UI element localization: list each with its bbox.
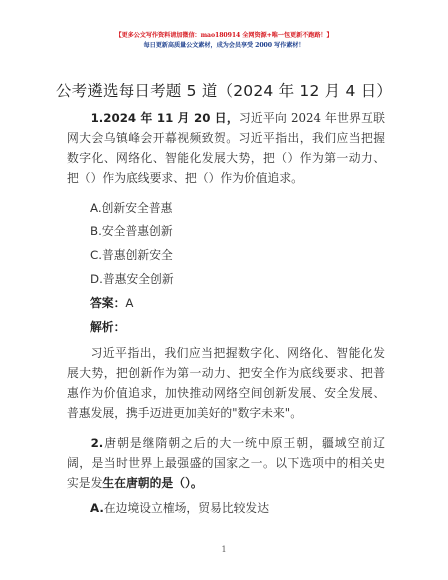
promo-banner: 【更多公文写作资料请加微信：mao180914 全网资源+唯一包更新不跑路！】 … xyxy=(0,31,448,51)
answer-label: 答案： xyxy=(90,296,125,310)
question-2: 2.唐朝是继隋朝之后的大一统中原王朝，疆域空前辽阔，是当时世界上最强盛的国家之一… xyxy=(67,433,385,493)
question-1-option-c: C.普惠创新安全 xyxy=(90,246,173,263)
question-2-text: 2.唐朝是继隋朝之后的大一统中原王朝，疆域空前辽阔，是当时世界上最强盛的国家之一… xyxy=(67,433,385,493)
analysis-label: 解析： xyxy=(90,320,125,334)
question-1-text: 1.2024 年 11 月 20 日，习近平向 2024 年世界互联网大会乌镇峰… xyxy=(67,108,385,188)
promo-line-2: 每日更新高质量公文素材，成为会员享受 2000 写作素材！ xyxy=(0,41,448,51)
question-1-lead: 1.2024 年 11 月 20 日， xyxy=(91,111,239,125)
option-text: 创新安全普惠 xyxy=(102,201,173,215)
option-letter: C. xyxy=(90,248,102,262)
question-2-number: 2. xyxy=(91,436,104,450)
option-text: 在边境设立榷场，贸易比较发达 xyxy=(104,501,269,515)
page-title: 公考遴选每日考题 5 道（2024 年 12 月 4 日） xyxy=(0,79,448,101)
option-text: 安全普惠创新 xyxy=(102,224,173,238)
analysis-text: 习近平指出，我们应当把握数字化、网络化、智能化发展大势，把创新作为第一动力、把安… xyxy=(67,343,385,423)
question-2-body-tail: 生在唐朝的是（）。 xyxy=(102,476,202,490)
answer-value: A xyxy=(125,296,133,310)
page-number: 1 xyxy=(0,545,448,554)
option-text: 普惠安全创新 xyxy=(103,272,174,286)
document-page: 【更多公文写作资料请加微信：mao180914 全网资源+唯一包更新不跑路！】 … xyxy=(0,0,448,580)
option-letter: A. xyxy=(90,201,102,215)
option-text: 普惠创新安全 xyxy=(102,248,173,262)
option-letter: A. xyxy=(90,501,104,515)
question-1-option-d: D.普惠安全创新 xyxy=(90,270,174,287)
question-1-option-b: B.安全普惠创新 xyxy=(90,222,173,239)
analysis-line: 解析： xyxy=(90,318,125,335)
option-letter: B. xyxy=(90,224,102,238)
promo-line-1: 【更多公文写作资料请加微信：mao180914 全网资源+唯一包更新不跑路！】 xyxy=(0,31,448,41)
option-letter: D. xyxy=(90,272,103,286)
question-2-option-a: A.在边境设立榷场，贸易比较发达 xyxy=(90,499,269,516)
question-1: 1.2024 年 11 月 20 日，习近平向 2024 年世界互联网大会乌镇峰… xyxy=(67,108,385,188)
answer-line: 答案：A xyxy=(90,294,133,311)
analysis-block: 习近平指出，我们应当把握数字化、网络化、智能化发展大势，把创新作为第一动力、把安… xyxy=(67,343,385,423)
question-1-option-a: A.创新安全普惠 xyxy=(90,199,172,216)
